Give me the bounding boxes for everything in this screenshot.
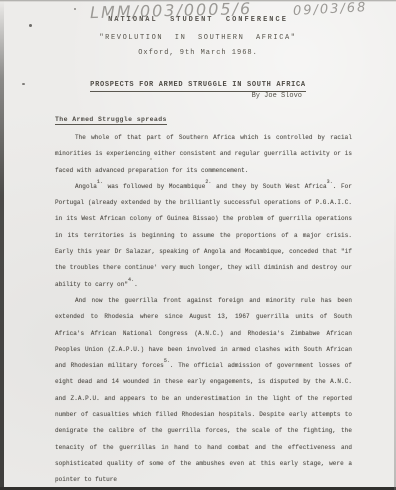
- footnote-marker: 2.: [205, 179, 211, 185]
- conference-name: NATIONAL STUDENT CONFERENCE: [0, 16, 396, 24]
- section-heading: The Armed Struggle spreads: [55, 116, 167, 125]
- document-body: The Armed Struggle spreads The whole of …: [55, 108, 352, 489]
- scan-speckle: [29, 24, 32, 27]
- paragraph: Angola1. was followed by Mocambique2. an…: [55, 179, 352, 293]
- byline: By Joe Slovo: [0, 92, 302, 100]
- paragraph: And now the guerrilla front against fore…: [55, 293, 352, 489]
- footnote-marker: 4.: [128, 277, 134, 283]
- scan-page: LMM/003/0005/6 09/03/68 NATIONAL STUDENT…: [0, 0, 396, 490]
- footnote-marker: 5.: [164, 358, 170, 364]
- conference-venue-date: Oxford, 9th March 1968.: [0, 49, 396, 57]
- paragraph: The whole of that part of Southern Afric…: [55, 130, 352, 179]
- conference-theme: "REVOLUTION IN SOUTHERN AFRICA": [0, 34, 396, 42]
- document-title-wrap: PROSPECTS FOR ARMED STRUGGLE IN SOUTH AF…: [0, 73, 396, 92]
- footnote-marker: 1.: [97, 179, 103, 185]
- document-title: PROSPECTS FOR ARMED STRUGGLE IN SOUTH AF…: [90, 81, 306, 92]
- paragraphs-container: The whole of that part of Southern Afric…: [55, 130, 352, 489]
- scan-speckle: [74, 8, 76, 10]
- footnote-marker: 3.: [327, 179, 333, 185]
